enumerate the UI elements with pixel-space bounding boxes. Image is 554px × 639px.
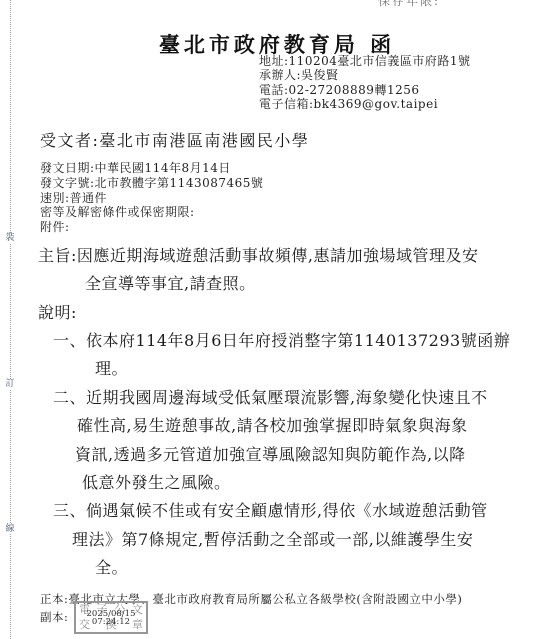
meta-line: 發文字號:北市教體字第1143087465號 [40,176,263,191]
body-line: 低意外發生之風險。 [82,474,231,491]
body-line: 說明: [38,304,77,321]
agency-info-block: 地址:110204臺北市信義區市府路1號 承辦人:吳俊賢 電話:02-27208… [259,54,471,112]
body-line: 理法》第7條規定,暫停活動之全部或一部,以維護學生安 [72,531,473,548]
body-line: 全宣導等事宜,請查照。 [85,275,256,292]
meta-line: 速別:普通件 [40,191,263,206]
body-line: 二、近期我國周邊海域受低氣壓環流影響,海象變化快速且不 [53,389,488,406]
meta-line: 發文日期:中華民國114年8月14日 [40,161,263,176]
contact-email: 電子信箱:bk4369@gov.taipei [259,97,471,111]
contact-person: 承辦人:吳俊賢 [259,68,471,82]
binding-dotted-line [10,0,11,639]
body-line: 理。 [95,360,128,377]
stamp-time-of-day: 07:24:12 [92,618,130,626]
body-line: 一、依本府114年8月6日年府授消整字第1140137293號函辦 [53,332,510,349]
body-line: 資訊,透過多元管道加強宣導風險認知與防範作為,以降 [75,446,466,463]
e-document-exchange-stamp: 電子公文 交換章 2025/08/15 07:24:12 [74,601,148,634]
body-line: 主旨:因應近期海域遊憩活動事故頻傳,惠請加強場域管理及安 [38,247,478,264]
binding-mark: 線 [2,524,18,534]
body-line: 全。 [95,559,128,576]
official-letter-page: { "page": { "retention_label": "保存年限:", … [0,0,554,639]
recipient-line: 受文者:臺北市南港區南港國民小學 [40,128,309,151]
contact-phone: 電話:02-27208889轉1256 [259,83,471,97]
stamp-timestamp: 2025/08/15 07:24:12 [76,603,146,632]
meta-line: 附件: [40,220,263,235]
body-line: 三、倘遇氣候不佳或有安全顧慮情形,得依《水域遊憩活動管 [53,502,488,519]
document-meta-block: 發文日期:中華民國114年8月14日發文字號:北市教體字第1143087465號… [40,161,263,235]
body-line: 確性高,易生遊憩事故,請各校加強掌握即時氣象與海象 [77,417,468,434]
retention-period-label: 保存年限: [378,0,440,9]
meta-line: 密等及解密條件或保密期限: [40,205,263,220]
cc-label: 副本: [40,609,68,625]
binding-mark: 裝 [2,233,18,243]
binding-mark: 訂 [2,379,18,389]
agency-address: 地址:110204臺北市信義區市府路1號 [259,54,471,68]
